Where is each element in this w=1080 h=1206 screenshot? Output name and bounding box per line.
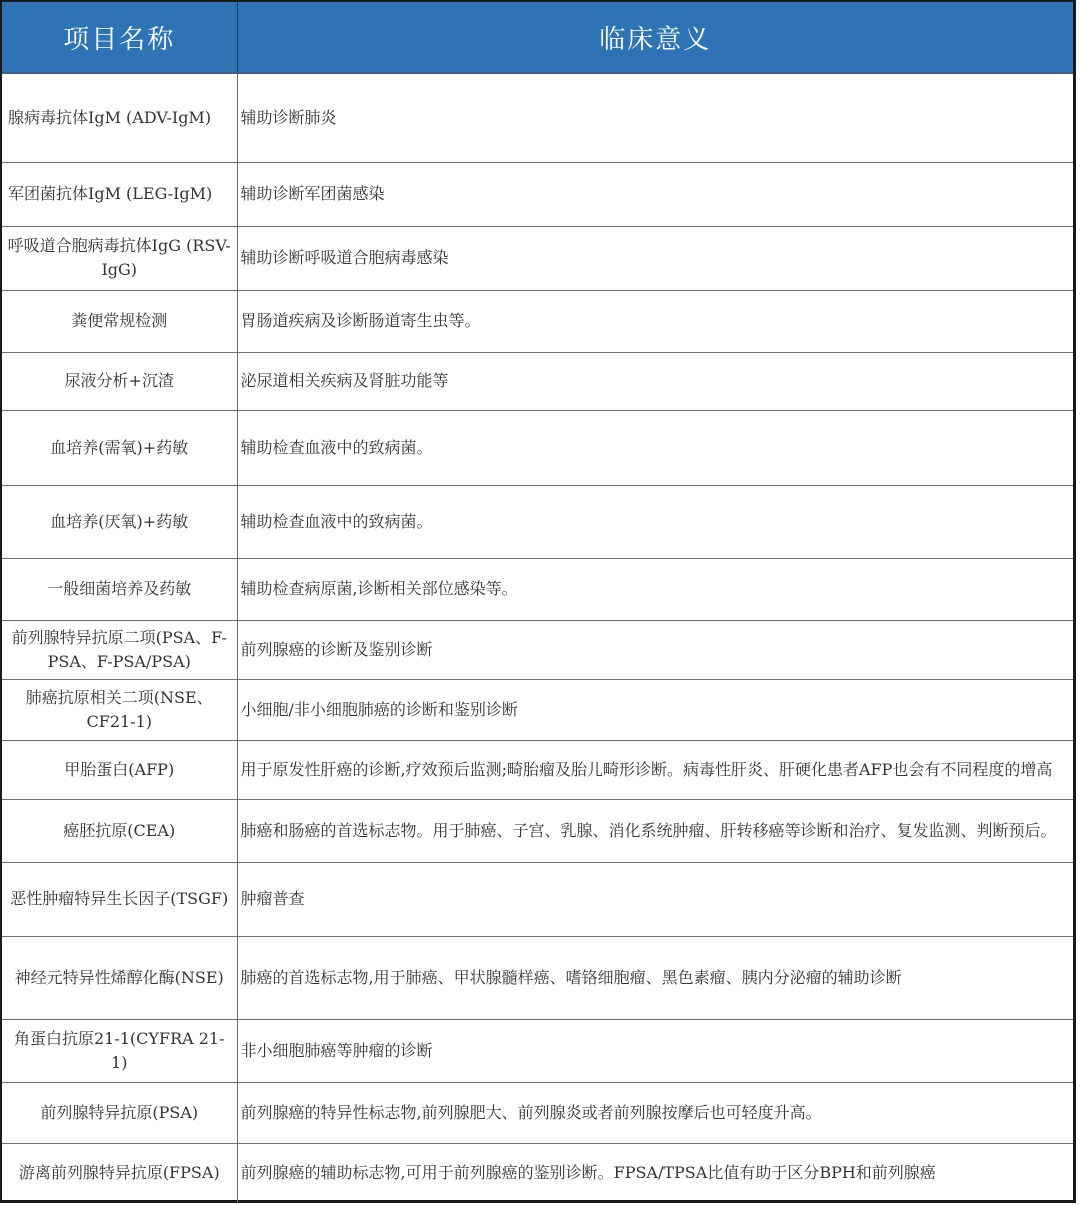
table-row: 甲胎蛋白(AFP)用于原发性肝癌的诊断,疗效预后监测;畸胎瘤及胎儿畸形诊断。病毒… <box>2 740 1073 799</box>
table-header-row: 项目名称 临床意义 <box>2 2 1073 73</box>
cell-clinical-meaning: 肺癌和肠癌的首选标志物。用于肺癌、子宫、乳腺、消化系统肿瘤、肝转移癌等诊断和治疗… <box>237 799 1073 862</box>
header-item-name: 项目名称 <box>2 2 237 73</box>
cell-clinical-meaning: 肿瘤普查 <box>237 862 1073 936</box>
table-row: 癌胚抗原(CEA)肺癌和肠癌的首选标志物。用于肺癌、子宫、乳腺、消化系统肿瘤、肝… <box>2 799 1073 862</box>
cell-item-name: 呼吸道合胞病毒抗体IgG (RSV-IgG) <box>2 226 237 290</box>
cell-clinical-meaning: 辅助检查血液中的致病菌。 <box>237 410 1073 485</box>
cell-clinical-meaning: 非小细胞肺癌等肿瘤的诊断 <box>237 1019 1073 1082</box>
cell-item-name: 腺病毒抗体IgM (ADV-IgM) <box>2 73 237 162</box>
cell-clinical-meaning: 辅助诊断肺炎 <box>237 73 1073 162</box>
cell-item-name: 角蛋白抗原21-1(CYFRA 21-1) <box>2 1019 237 1082</box>
table-row: 一般细菌培养及药敏辅助检查病原菌,诊断相关部位感染等。 <box>2 558 1073 620</box>
cell-item-name: 军团菌抗体IgM (LEG-IgM) <box>2 162 237 226</box>
table-row: 前列腺特异抗原(PSA)前列腺癌的特异性标志物,前列腺肥大、前列腺炎或者前列腺按… <box>2 1082 1073 1143</box>
header-clinical-meaning: 临床意义 <box>237 2 1073 73</box>
cell-clinical-meaning: 辅助检查血液中的致病菌。 <box>237 485 1073 558</box>
cell-item-name: 恶性肿瘤特异生长因子(TSGF) <box>2 862 237 936</box>
table-body: 腺病毒抗体IgM (ADV-IgM)辅助诊断肺炎军团菌抗体IgM (LEG-Ig… <box>2 73 1073 1203</box>
cell-clinical-meaning: 辅助检查病原菌,诊断相关部位感染等。 <box>237 558 1073 620</box>
cell-item-name: 甲胎蛋白(AFP) <box>2 740 237 799</box>
cell-item-name: 一般细菌培养及药敏 <box>2 558 237 620</box>
cell-item-name: 粪便常规检测 <box>2 290 237 352</box>
cell-item-name: 前列腺特异抗原(PSA) <box>2 1082 237 1143</box>
table-row: 呼吸道合胞病毒抗体IgG (RSV-IgG)辅助诊断呼吸道合胞病毒感染 <box>2 226 1073 290</box>
table-row: 肺癌抗原相关二项(NSE、CF21-1)小细胞/非小细胞肺癌的诊断和鉴别诊断 <box>2 679 1073 740</box>
table-row: 前列腺特异抗原二项(PSA、F-PSA、F-PSA/PSA)前列腺癌的诊断及鉴别… <box>2 620 1073 679</box>
table-row: 血培养(需氧)+药敏辅助检查血液中的致病菌。 <box>2 410 1073 485</box>
table-row: 腺病毒抗体IgM (ADV-IgM)辅助诊断肺炎 <box>2 73 1073 162</box>
table-row: 血培养(厌氧)+药敏辅助检查血液中的致病菌。 <box>2 485 1073 558</box>
cell-clinical-meaning: 辅助诊断呼吸道合胞病毒感染 <box>237 226 1073 290</box>
cell-clinical-meaning: 胃肠道疾病及诊断肠道寄生虫等。 <box>237 290 1073 352</box>
table-row: 军团菌抗体IgM (LEG-IgM)辅助诊断军团菌感染 <box>2 162 1073 226</box>
cell-item-name: 前列腺特异抗原二项(PSA、F-PSA、F-PSA/PSA) <box>2 620 237 679</box>
table-row: 游离前列腺特异抗原(FPSA)前列腺癌的辅助标志物,可用于前列腺癌的鉴别诊断。F… <box>2 1143 1073 1203</box>
cell-clinical-meaning: 辅助诊断军团菌感染 <box>237 162 1073 226</box>
cell-item-name: 游离前列腺特异抗原(FPSA) <box>2 1143 237 1203</box>
table-row: 神经元特异性烯醇化酶(NSE)肺癌的首选标志物,用于肺癌、甲状腺髓样癌、嗜铬细胞… <box>2 936 1073 1019</box>
cell-item-name: 血培养(厌氧)+药敏 <box>2 485 237 558</box>
table-row: 角蛋白抗原21-1(CYFRA 21-1)非小细胞肺癌等肿瘤的诊断 <box>2 1019 1073 1082</box>
table-row: 恶性肿瘤特异生长因子(TSGF)肿瘤普查 <box>2 862 1073 936</box>
cell-clinical-meaning: 用于原发性肝癌的诊断,疗效预后监测;畸胎瘤及胎儿畸形诊断。病毒性肝炎、肝硬化患者… <box>237 740 1073 799</box>
table-row: 粪便常规检测胃肠道疾病及诊断肠道寄生虫等。 <box>2 290 1073 352</box>
table-row: 尿液分析+沉渣泌尿道相关疾病及肾脏功能等 <box>2 352 1073 410</box>
cell-clinical-meaning: 小细胞/非小细胞肺癌的诊断和鉴别诊断 <box>237 679 1073 740</box>
clinical-table-frame: 项目名称 临床意义 腺病毒抗体IgM (ADV-IgM)辅助诊断肺炎军团菌抗体I… <box>0 0 1076 1203</box>
cell-clinical-meaning: 前列腺癌的辅助标志物,可用于前列腺癌的鉴别诊断。FPSA/TPSA比值有助于区分… <box>237 1143 1073 1203</box>
cell-clinical-meaning: 泌尿道相关疾病及肾脏功能等 <box>237 352 1073 410</box>
cell-item-name: 肺癌抗原相关二项(NSE、CF21-1) <box>2 679 237 740</box>
cell-item-name: 尿液分析+沉渣 <box>2 352 237 410</box>
cell-item-name: 血培养(需氧)+药敏 <box>2 410 237 485</box>
cell-item-name: 癌胚抗原(CEA) <box>2 799 237 862</box>
clinical-significance-table: 项目名称 临床意义 腺病毒抗体IgM (ADV-IgM)辅助诊断肺炎军团菌抗体I… <box>2 2 1073 1203</box>
cell-clinical-meaning: 肺癌的首选标志物,用于肺癌、甲状腺髓样癌、嗜铬细胞瘤、黑色素瘤、胰内分泌瘤的辅助… <box>237 936 1073 1019</box>
cell-clinical-meaning: 前列腺癌的特异性标志物,前列腺肥大、前列腺炎或者前列腺按摩后也可轻度升高。 <box>237 1082 1073 1143</box>
cell-clinical-meaning: 前列腺癌的诊断及鉴别诊断 <box>237 620 1073 679</box>
cell-item-name: 神经元特异性烯醇化酶(NSE) <box>2 936 237 1019</box>
